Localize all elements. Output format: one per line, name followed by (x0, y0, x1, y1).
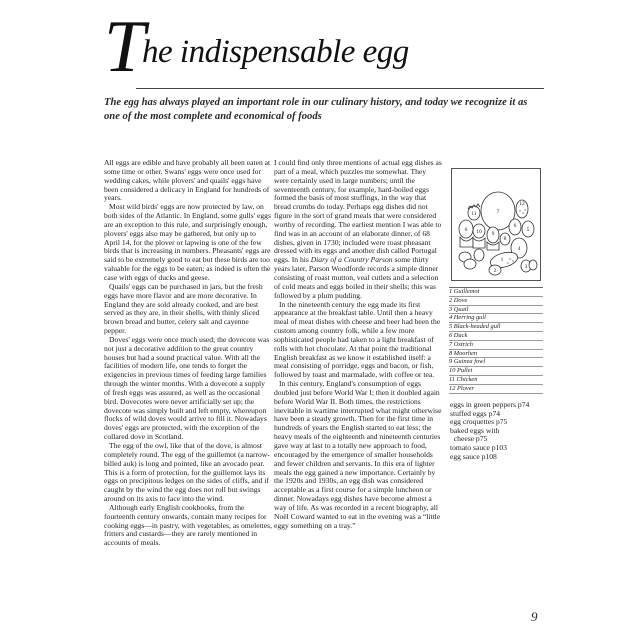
svg-text:4: 4 (518, 246, 521, 252)
egg-label: 7 (497, 209, 500, 215)
recipe-reference: egg sauce p108 (450, 453, 560, 462)
legend-item: 7 Ostrich (449, 341, 543, 350)
body-column-1: All eggs are edible and have probably al… (104, 159, 272, 548)
book-title: Diary of a Country Parson (311, 255, 393, 264)
title-rule (136, 88, 544, 89)
egg-illustration: 7 11 12 6 10 9 8 6 5 4 1 2 3 (451, 168, 541, 281)
paragraph: Most wild birds' eggs are now protected … (104, 203, 272, 283)
paragraph: Quails' eggs can be purchased in jars, b… (104, 283, 272, 336)
title-text: he indispensable egg (142, 36, 409, 69)
eggs-drawing-icon: 7 11 12 6 10 9 8 6 5 4 1 2 3 (452, 169, 540, 280)
paragraph: The egg of the owl, like that of the dov… (104, 442, 272, 504)
legend-item: 2 Dove (449, 297, 543, 306)
recipe-cross-references: eggs in green peppers p74 stuffed eggs p… (450, 401, 560, 461)
paragraph: In the nineteenth century the egg made i… (274, 301, 442, 381)
svg-text:8: 8 (504, 236, 507, 242)
svg-text:10: 10 (476, 229, 482, 235)
svg-text:3: 3 (525, 264, 528, 270)
legend-item: 5 Black-headed gull (449, 323, 543, 332)
svg-text:2: 2 (494, 268, 497, 274)
legend-item: 3 Quail (449, 306, 543, 315)
svg-text:1: 1 (501, 257, 504, 263)
svg-text:5: 5 (527, 227, 530, 233)
legend-item: 11 Chicken (449, 376, 543, 385)
page-number: 9 (531, 609, 538, 625)
svg-text:6: 6 (514, 223, 517, 229)
legend-item: 10 Pullet (449, 367, 543, 376)
legend-item: 8 Moorhen (449, 350, 543, 359)
legend-item: 6 Duck (449, 332, 543, 341)
svg-text:9: 9 (492, 231, 495, 237)
legend-item: 4 Herring gull (449, 314, 543, 323)
paragraph: Doves' eggs were once much used; the dov… (104, 336, 272, 442)
paragraph: Although early English cookbooks, from t… (104, 504, 272, 548)
paragraph: In this century, England's consumption o… (274, 380, 442, 530)
body-column-2: I could find only three mentions of actu… (274, 159, 442, 530)
page-title: T he indispensable egg (104, 22, 544, 78)
legend-item: 1 Guillemot (449, 287, 543, 297)
legend-item: 12 Plover (449, 385, 543, 394)
paragraph: I could find only three mentions of actu… (274, 159, 442, 301)
egg-legend: 1 Guillemot 2 Dove 3 Quail 4 Herring gul… (449, 287, 543, 394)
svg-text:6: 6 (465, 227, 468, 233)
paragraph: All eggs are edible and have probably al… (104, 159, 272, 203)
standfirst: The egg has always played an important r… (104, 96, 544, 124)
svg-text:12: 12 (519, 201, 525, 207)
svg-text:11: 11 (471, 211, 477, 217)
title-drop-initial: T (104, 10, 145, 84)
legend-item: 9 Guinea fowl (449, 358, 543, 367)
